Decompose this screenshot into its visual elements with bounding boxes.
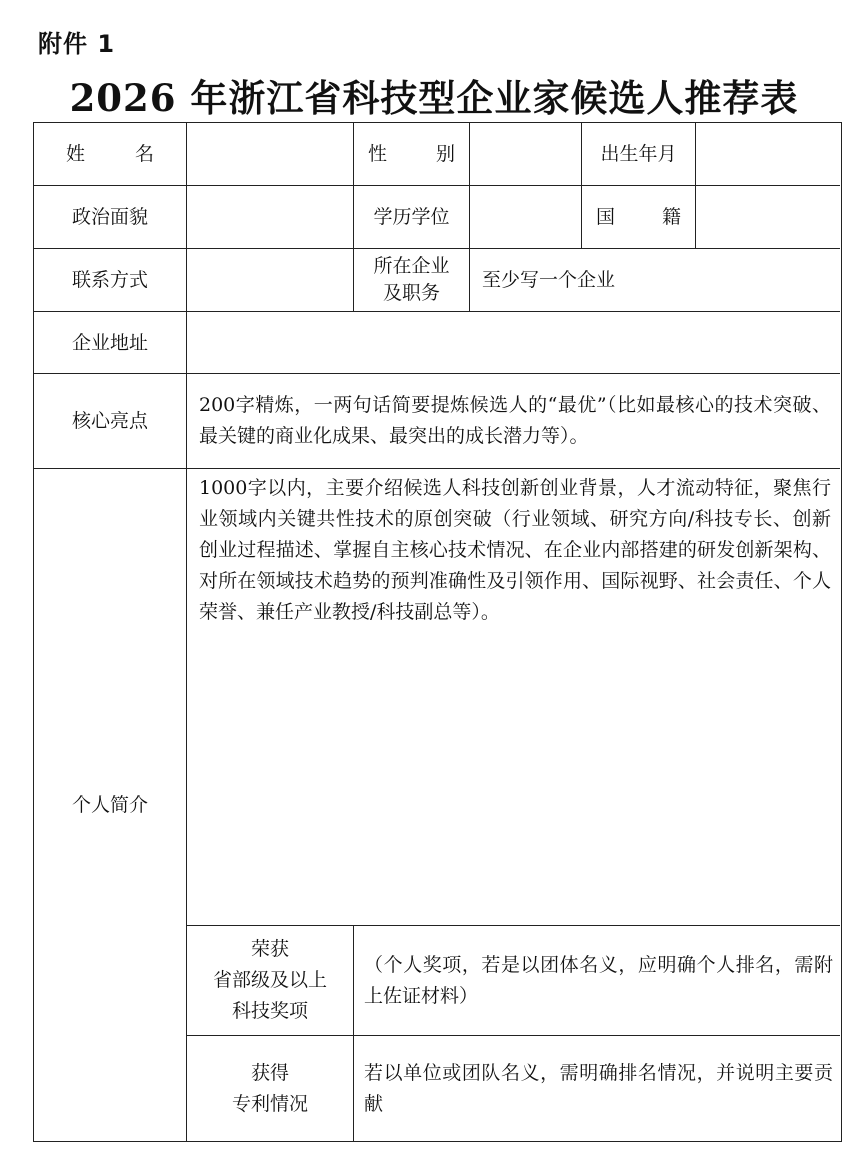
recommendation-form-table: 姓 名 性 别 出生年月 政治面貌 学历学位 国 籍 联系方式 所在企业 及职务… <box>33 122 842 1142</box>
gender-label-char: 性 <box>368 139 387 169</box>
company-address-field[interactable] <box>187 312 841 373</box>
awards-label-line: 省部级及以上 <box>213 965 327 996</box>
patents-field[interactable]: 若以单位或团队名义，需明确排名情况，并说明主要贡献 <box>354 1036 841 1141</box>
political-status-field[interactable] <box>187 186 353 248</box>
nationality-label-char: 国 <box>596 202 615 232</box>
name-label-char: 姓 <box>66 139 85 169</box>
awards-label-line: 荣获 <box>251 934 289 965</box>
gender-field[interactable] <box>470 123 581 185</box>
profile-label: 个人简介 <box>34 469 186 1141</box>
patents-label-line: 专利情况 <box>232 1089 308 1120</box>
nationality-field[interactable] <box>696 186 841 248</box>
core-highlight-field[interactable]: 200字精炼，一两句话简要提炼候选人的“最优”（比如最核心的技术突破、最关键的商… <box>187 374 841 468</box>
awards-label-line: 科技奖项 <box>232 996 308 1027</box>
gender-label-char: 别 <box>436 139 455 169</box>
company-address-label: 企业地址 <box>34 312 186 373</box>
name-label-char: 名 <box>135 139 154 169</box>
contact-label: 联系方式 <box>34 249 186 311</box>
nationality-label-char: 籍 <box>662 202 681 232</box>
page-title: 2026 年浙江省科技型企业家候选人推荐表 <box>0 68 868 122</box>
patents-label: 获得 专利情况 <box>187 1036 353 1141</box>
name-field[interactable] <box>187 123 353 185</box>
birth-date-field[interactable] <box>696 123 841 185</box>
company-label-line: 及职务 <box>383 280 440 307</box>
company-position-field[interactable]: 至少写一个企业 <box>470 249 841 311</box>
education-label: 学历学位 <box>354 186 469 248</box>
gender-label: 性 别 <box>354 123 469 185</box>
name-label: 姓 名 <box>34 123 186 185</box>
company-label-line: 所在企业 <box>373 253 449 280</box>
political-status-label: 政治面貌 <box>34 186 186 248</box>
contact-field[interactable] <box>187 249 353 311</box>
profile-field[interactable]: 1000字以内，主要介绍候选人科技创新创业背景，人才流动特征，聚焦行业领域内关键… <box>187 469 841 925</box>
nationality-label: 国 籍 <box>582 186 695 248</box>
attachment-label: 附件 1 <box>38 24 115 59</box>
patents-label-line: 获得 <box>251 1058 289 1089</box>
education-field[interactable] <box>470 186 581 248</box>
awards-label: 荣获 省部级及以上 科技奖项 <box>187 926 353 1035</box>
company-position-label: 所在企业 及职务 <box>354 249 469 311</box>
awards-field[interactable]: （个人奖项，若是以团体名义，应明确个人排名，需附上佐证材料） <box>354 926 841 1035</box>
birth-date-label: 出生年月 <box>582 123 695 185</box>
core-highlight-label: 核心亮点 <box>34 374 186 468</box>
